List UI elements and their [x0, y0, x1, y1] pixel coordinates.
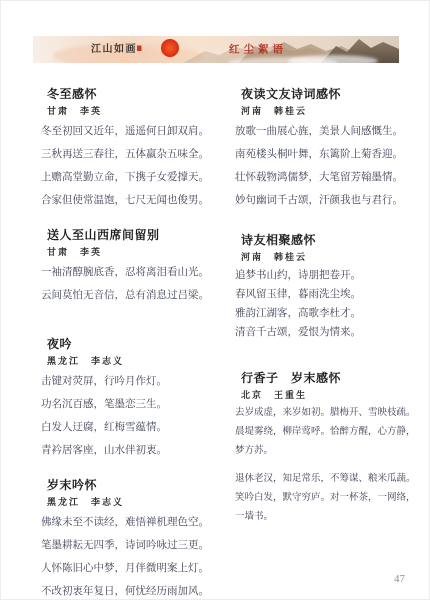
poem-author: 甘肃 李英 — [39, 247, 221, 258]
right-column: 夜读文友诗词感怀 河南 韩桂云 放歌一曲展心旌，美景人间感慨生。 南苑楼头桐叶舞… — [233, 81, 417, 527]
poem-title: 夜吟 — [39, 337, 221, 351]
poem-body: 去岁成虚，来岁如初。腊梅开、雪映枝疏。 晨堤雾绕，柳岸莺呼。恰醉方醒，心方静， … — [233, 404, 417, 527]
poem-yeyin: 夜吟 黑龙江 李志义 击键对荧屏，行吟月作灯。 功名沉百感，笔墨恋三生。 白发人… — [39, 337, 221, 462]
poem-suimo-yinhuai: 岁末吟怀 黑龙江 李志义 佛缘未至不读经，难悟禅机理色空。 笔墨耕耘无四季，诗词… — [39, 478, 221, 600]
poem-title: 送人至山西席间留别 — [39, 228, 221, 242]
poem-line: 清音千古颂，爱恨为情来。 — [233, 323, 417, 342]
poem-line: 放歌一曲展心旌，美景人间感慨生。 — [233, 120, 417, 143]
poem-body: 击键对荧屏，行吟月作灯。 功名沉百感，笔墨恋三生。 白发人迂腐，红梅雪蕴情。 青… — [39, 370, 221, 462]
poem-line: 不改初衷年复日，何忧经历雨加风。 — [39, 580, 221, 600]
poem-line: 青衿居客座，山水伴初衷。 — [39, 439, 221, 462]
poem-author: 河南 韩桂云 — [233, 106, 417, 117]
poem-title: 夜读文友诗词感怀 — [233, 87, 417, 101]
poem-line: 三秋再送三春往，五体羸杂五味全。 — [39, 143, 221, 166]
poem-shiyou-xiangju: 诗友相聚感怀 河南 韩桂云 追梦书山约，诗朋把卷开。 春风留玉律，暮雨洗尘埃。 … — [233, 233, 417, 342]
poem-body: 追梦书山约，诗朋把卷开。 春风留玉律，暮雨洗尘埃。 雅韵江湖客，高歌李杜才。 清… — [233, 266, 417, 342]
left-column: 冬至感怀 甘肃 李英 冬至初回又近年，遥遥何日卸双肩。 三秋再送三春往，五体羸杂… — [39, 81, 221, 600]
poem-line: 击键对荧屏，行吟月作灯。 — [39, 370, 221, 393]
poem-line: 追梦书山约，诗朋把卷开。 — [233, 266, 417, 285]
poem-line: 去岁成虚，来岁如初。腊梅开、雪映枝疏。 — [233, 404, 417, 423]
poem-author: 黑龙江 李志义 — [39, 497, 221, 508]
poem-line: 一袖清醇腕底香，忍将离泪看山光。 — [39, 261, 221, 284]
poem-body: 放歌一曲展心旌，美景人间感慨生。 南苑楼头桐叶舞，东篱阶上菊香迎。 壮怀载物鸿儒… — [233, 120, 417, 212]
seal-icon — [137, 46, 142, 52]
brand-title: 江山如画 — [91, 42, 137, 55]
poem-title: 行香子 岁末感怀 — [233, 371, 417, 385]
poem-line: 雅韵江湖客，高歌李杜才。 — [233, 304, 417, 323]
poem-line: 功名沉百感，笔墨恋三生。 — [39, 393, 221, 416]
column-title: 红尘絮语 — [229, 43, 287, 56]
red-sun-icon — [161, 39, 179, 57]
poem-line: 梦方苏。 — [233, 442, 417, 461]
header-banner: 江山如画 红尘絮语 — [33, 36, 399, 63]
poem-dongzhi-ganhuai: 冬至感怀 甘肃 李英 冬至初回又近年，遥遥何日卸双肩。 三秋再送三春往，五体羸杂… — [39, 87, 221, 212]
poem-line: 冬至初回又近年，遥遥何日卸双肩。 — [39, 120, 221, 143]
poem-title: 诗友相聚感怀 — [233, 233, 417, 247]
poem-author: 北京 王重生 — [233, 390, 417, 401]
poem-line: 云间莫怕无音信，总有消息过吕梁。 — [39, 284, 221, 307]
magazine-page: 江山如画 红尘絮语 冬至感怀 甘肃 李英 冬至初回又近年，遥遥何日卸双肩。 三秋… — [0, 0, 430, 600]
poem-line: 笔墨耕耘无四季，诗词吟咏过三更。 — [39, 534, 221, 557]
poem-line: 合家但使常温饱，七尺无闻也俊男。 — [39, 189, 221, 212]
poem-author: 河南 韩桂云 — [233, 252, 417, 263]
poem-author: 黑龙江 李志义 — [39, 356, 221, 367]
poem-songren-liubie: 送人至山西席间留别 甘肃 李英 一袖清醇腕底香，忍将离泪看山光。 云间莫怕无音信… — [39, 228, 221, 307]
poem-line: 妙句幽词千古颂，汗颜我也与君行。 — [233, 189, 417, 212]
poem-body: 佛缘未至不读经，难悟禅机理色空。 笔墨耕耘无四季，诗词吟咏过三更。 人怀陈旧心中… — [39, 511, 221, 600]
poem-xingxiangzi: 行香子 岁末感怀 北京 王重生 去岁成虚，来岁如初。腊梅开、雪映枝疏。 晨堤雾绕… — [233, 371, 417, 527]
poem-line: 一墙书。 — [233, 508, 417, 527]
poem-line: 南苑楼头桐叶舞，东篱阶上菊香迎。 — [233, 143, 417, 166]
poem-body: 一袖清醇腕底香，忍将离泪看山光。 云间莫怕无音信，总有消息过吕梁。 — [39, 261, 221, 307]
poem-line: 春风留玉律，暮雨洗尘埃。 — [233, 285, 417, 304]
poem-author: 甘肃 李英 — [39, 106, 221, 117]
poem-line: 佛缘未至不读经，难悟禅机理色空。 — [39, 511, 221, 534]
page-number: 47 — [394, 573, 405, 585]
poem-line: 壮怀载物鸿儒梦，大笔留芳翰墨情。 — [233, 166, 417, 189]
poem-line: 白发人迂腐，红梅雪蕴情。 — [39, 416, 221, 439]
poem-title: 岁末吟怀 — [39, 478, 221, 492]
poem-body: 冬至初回又近年，遥遥何日卸双肩。 三秋再送三春往，五体羸杂五味全。 上赡高堂勤立… — [39, 120, 221, 212]
poem-line: 笑吟白发，默守穷庐。对一杯茶，一网络， — [233, 489, 417, 508]
poem-title: 冬至感怀 — [39, 87, 221, 101]
poem-line: 上赡高堂勤立命，下携子女爱撑天。 — [39, 166, 221, 189]
poem-yedu-wenyou: 夜读文友诗词感怀 河南 韩桂云 放歌一曲展心旌，美景人间感慨生。 南苑楼头桐叶舞… — [233, 87, 417, 212]
poem-line: 退休老汉，知足常乐，不筹谋、粮米瓜蔬。 — [233, 470, 417, 489]
poem-line: 人怀陈旧心中梦，月伴微明案上灯。 — [39, 557, 221, 580]
poem-line: 晨堤雾绕，柳岸莺呼。恰醉方醒，心方静， — [233, 423, 417, 442]
